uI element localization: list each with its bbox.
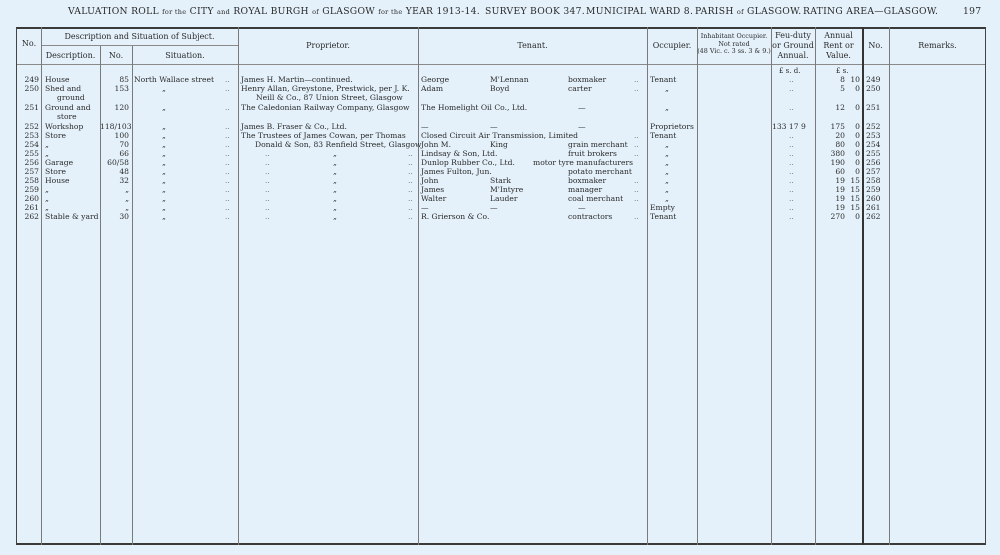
situation: „	[134, 212, 194, 221]
rating-area: RATING AREA—GLASGOW.	[803, 6, 938, 17]
proprietor: James H. Martin—continued.	[241, 75, 353, 84]
tenant-first: John M.	[421, 140, 451, 149]
street-number: 120	[100, 103, 129, 112]
row-number-right: 261	[866, 203, 881, 212]
page-number: 197	[963, 6, 981, 17]
description: House	[45, 176, 69, 185]
occupier: „	[665, 185, 669, 194]
occupier: „	[665, 103, 669, 112]
tenant-dots: ..	[634, 131, 639, 140]
row-number: 260	[17, 194, 39, 203]
proprietor: ..	[265, 194, 270, 203]
situation-dots: ..	[225, 103, 230, 112]
header-situation: Situation.	[132, 51, 238, 61]
header-annual-rent: Annual Rent or Value.	[815, 31, 862, 61]
street-number: 70	[100, 140, 129, 149]
rent-pounds: 12	[815, 103, 845, 112]
tenant-first: The Homelight Oil Co., Ltd.	[421, 103, 527, 112]
situation-dots: ..	[225, 75, 230, 84]
rent-pounds: 19	[815, 203, 845, 212]
col-divider	[418, 27, 419, 545]
occupier: Tenant	[650, 131, 676, 140]
tenant-dots: ..	[634, 140, 639, 149]
rent-shillings: 0	[845, 131, 860, 140]
row-number: 262	[17, 212, 39, 221]
proprietor: ..	[265, 167, 270, 176]
street-number: 66	[100, 149, 129, 158]
header-feu-duty: Feu-duty or Ground Annual.	[771, 31, 815, 61]
situation: „	[134, 122, 194, 131]
proprietor: The Trustees of James Cowan, per Thomas	[241, 131, 406, 140]
row-number-right: 254	[866, 140, 881, 149]
proprietor-continued: „	[333, 176, 337, 185]
header-proprietor: Proprietor.	[238, 41, 418, 51]
tenant-dots: ..	[634, 84, 639, 93]
rent-shillings: 0	[845, 149, 860, 158]
tenant-surname: —	[490, 122, 498, 131]
header-no-2: No.	[862, 41, 889, 51]
tenant-occupation: contractors	[568, 212, 612, 221]
tenant-dots: ..	[634, 194, 639, 203]
description: House	[45, 75, 69, 84]
occupier: Tenant	[650, 75, 676, 84]
title-roll: VALUATION ROLL for the CITY and ROYAL BU…	[68, 6, 480, 17]
feu-dots: ..	[789, 176, 794, 185]
tenant-first: R. Grierson & Co.	[421, 212, 489, 221]
row-number-right: 257	[866, 167, 881, 176]
feu-duty: 133 17 9	[772, 122, 806, 131]
situation-dots: ..	[225, 149, 230, 158]
rent-shillings: 0	[845, 212, 860, 221]
row-number-right: 256	[866, 158, 881, 167]
rent-shillings: 0	[845, 167, 860, 176]
proprietor-continued: „	[333, 149, 337, 158]
rent-pounds: 190	[815, 158, 845, 167]
proprietor: ..	[265, 176, 270, 185]
header-sub-no: No.	[100, 51, 132, 61]
tenant-occupation: —	[578, 122, 586, 131]
description: Store	[45, 131, 66, 140]
subheader-divider	[41, 45, 238, 46]
proprietor: ..	[265, 203, 270, 212]
feu-dots: ..	[789, 149, 794, 158]
occupier: „	[665, 167, 669, 176]
tenant-first: George	[421, 75, 449, 84]
description: „	[45, 140, 49, 149]
occupier: Proprietors	[650, 122, 694, 131]
tenant-surname: Stark	[490, 176, 511, 185]
row-number: 252	[17, 122, 39, 131]
tenant-dots: ..	[634, 185, 639, 194]
feu-dots: ..	[789, 212, 794, 221]
situation: „	[134, 203, 194, 212]
description: Garage	[45, 158, 73, 167]
feu-dots: ..	[789, 103, 794, 112]
tenant-first: Dunlop Rubber Co., Ltd.	[421, 158, 515, 167]
tenant-first: —	[421, 203, 429, 212]
header-tenant: Tenant.	[418, 41, 647, 51]
proprietor: Donald & Son, 83 Renfield Street, Glasgo…	[255, 140, 422, 149]
street-number: 100	[100, 131, 129, 140]
rent-pounds: 270	[815, 212, 845, 221]
tenant-dots: ..	[634, 149, 639, 158]
row-number: 251	[17, 103, 39, 112]
rent-pounds: 19	[815, 176, 845, 185]
rent-shillings: 15	[845, 185, 860, 194]
tenant-first: —	[421, 122, 429, 131]
description-continued: store	[57, 112, 77, 121]
rent-pounds: 5	[815, 84, 845, 93]
rent-shillings: 15	[845, 203, 860, 212]
street-number: „	[100, 185, 129, 194]
situation-dots: ..	[225, 212, 230, 221]
proprietor: James B. Fraser & Co., Ltd.	[241, 122, 347, 131]
proprietor-continued: „	[333, 158, 337, 167]
proprietor-dots: ..	[408, 185, 413, 194]
feu-dots: ..	[789, 75, 794, 84]
proprietor: ..	[265, 149, 270, 158]
rent-pounds: 19	[815, 185, 845, 194]
row-number-right: 249	[866, 75, 881, 84]
tenant-surname: Lauder	[490, 194, 517, 203]
row-number: 258	[17, 176, 39, 185]
occupier: „	[665, 176, 669, 185]
proprietor-continued: „	[333, 212, 337, 221]
situation-dots: ..	[225, 203, 230, 212]
description: „	[45, 203, 49, 212]
municipal-ward: MUNICIPAL WARD 8.	[586, 6, 693, 17]
tenant-surname: King	[490, 140, 508, 149]
rent-pounds: 20	[815, 131, 845, 140]
street-number: „	[100, 203, 129, 212]
row-number: 259	[17, 185, 39, 194]
rent-shillings: 0	[845, 122, 860, 131]
row-number: 257	[17, 167, 39, 176]
rent-pounds: 8	[815, 75, 845, 84]
situation: „	[134, 103, 194, 112]
situation: „	[134, 158, 194, 167]
street-number: 85	[100, 75, 129, 84]
description: Store	[45, 167, 66, 176]
proprietor-continued: „	[333, 167, 337, 176]
proprietor-dots: ..	[408, 212, 413, 221]
rent-shillings: 0	[845, 140, 860, 149]
row-number: 261	[17, 203, 39, 212]
tenant-occupation: boxmaker	[568, 75, 606, 84]
street-number: 48	[100, 167, 129, 176]
tenant-surname: —	[490, 203, 498, 212]
situation-dots: ..	[225, 140, 230, 149]
proprietor: ..	[265, 212, 270, 221]
rent-shillings: 15	[845, 194, 860, 203]
proprietor-continued: „	[333, 185, 337, 194]
feu-dots: ..	[789, 140, 794, 149]
row-number-right: 252	[866, 122, 881, 131]
feu-dots: ..	[789, 194, 794, 203]
occupier: „	[665, 140, 669, 149]
tenant-surname: M'Intyre	[490, 185, 523, 194]
situation: „	[134, 167, 194, 176]
proprietor-continued: „	[333, 203, 337, 212]
street-number: 30	[100, 212, 129, 221]
rent-pounds: 380	[815, 149, 845, 158]
tenant-occupation: potato merchant	[568, 167, 632, 176]
description: Workshop	[45, 122, 83, 131]
street-number: 153	[100, 84, 129, 93]
header-no: No.	[17, 39, 41, 49]
situation-dots: ..	[225, 194, 230, 203]
tenant-occupation: coal merchant	[568, 194, 623, 203]
header-occupier: Occupier.	[647, 41, 697, 51]
situation: „	[134, 131, 194, 140]
tenant-surname: Boyd	[490, 84, 509, 93]
street-number: „	[100, 194, 129, 203]
situation-dots: ..	[225, 122, 230, 131]
col-divider-thick	[862, 27, 864, 545]
row-number-right: 259	[866, 185, 881, 194]
situation: „	[134, 140, 194, 149]
row-number: 254	[17, 140, 39, 149]
situation: „	[134, 149, 194, 158]
row-number-right: 255	[866, 149, 881, 158]
occupier: „	[665, 158, 669, 167]
situation-dots: ..	[225, 131, 230, 140]
situation: „	[134, 185, 194, 194]
occupier: Empty	[650, 203, 675, 212]
tenant-occupation: fruit brokers	[568, 149, 617, 158]
tenant-occupation: motor tyre manufacturers	[533, 158, 633, 167]
row-number-right: 260	[866, 194, 881, 203]
tenant-occupation: —	[578, 103, 586, 112]
row-number-right: 251	[866, 103, 881, 112]
row-number: 250	[17, 84, 39, 93]
occupier: „	[665, 149, 669, 158]
tenant-first: Closed Circuit Air Transmission, Limited	[421, 131, 578, 140]
tenant-first: John	[421, 176, 438, 185]
situation: „	[134, 194, 194, 203]
street-number: 60/58	[100, 158, 129, 167]
proprietor: The Caledonian Railway Company, Glasgow	[241, 103, 410, 112]
tenant-dots: ..	[634, 75, 639, 84]
rent-pounds: 19	[815, 194, 845, 203]
tenant-occupation: manager	[568, 185, 602, 194]
rent-shillings: 15	[845, 176, 860, 185]
situation: North Wallace street	[134, 75, 214, 84]
street-number: 32	[100, 176, 129, 185]
tenant-occupation: boxmaker	[568, 176, 606, 185]
rent-shillings: 0	[845, 158, 860, 167]
proprietor-dots: ..	[408, 149, 413, 158]
description: „	[45, 149, 49, 158]
row-number-right: 250	[866, 84, 881, 93]
col-divider	[889, 27, 890, 545]
tenant-first: James Fulton, Jun.	[421, 167, 492, 176]
description: Shed and	[45, 84, 81, 93]
row-number: 255	[17, 149, 39, 158]
rent-pounds: 80	[815, 140, 845, 149]
tenant-dots: ..	[634, 176, 639, 185]
page-title: VALUATION ROLL for the CITY and ROYAL BU…	[0, 6, 1000, 20]
tenant-first: Lindsay & Son, Ltd.	[421, 149, 497, 158]
proprietor: ..	[265, 158, 270, 167]
col-divider	[238, 27, 239, 545]
tenant-occupation: —	[578, 203, 586, 212]
feu-dots: ..	[789, 167, 794, 176]
header-description: Description.	[41, 51, 100, 61]
proprietor-dots: ..	[408, 158, 413, 167]
situation: „	[134, 84, 194, 93]
proprietor-dots: ..	[408, 194, 413, 203]
rent-shillings: 10	[845, 75, 860, 84]
feu-dots: ..	[789, 84, 794, 93]
description: Stable & yard	[45, 212, 98, 221]
feu-dots: ..	[789, 185, 794, 194]
tenant-occupation: grain merchant	[568, 140, 628, 149]
rent-shillings: 0	[845, 103, 860, 112]
col-divider	[100, 46, 101, 545]
tenant-surname: M'Lennan	[490, 75, 529, 84]
row-number: 256	[17, 158, 39, 167]
tenant-dots: ..	[634, 212, 639, 221]
parish: PARISH of GLASGOW.	[695, 6, 801, 17]
situation-dots: ..	[225, 167, 230, 176]
situation-dots: ..	[225, 176, 230, 185]
occupier: Tenant	[650, 212, 676, 221]
situation: „	[134, 176, 194, 185]
rent-shillings: 0	[845, 84, 860, 93]
header-remarks: Remarks.	[889, 41, 986, 51]
description-continued: ground	[57, 93, 85, 102]
survey-book: SURVEY BOOK 347.	[485, 6, 585, 17]
situation-dots: ..	[225, 158, 230, 167]
situation-dots: ..	[225, 185, 230, 194]
header-inhabitant-occupier: Inhabitant Occupier. Not rated (48 Vic. …	[697, 33, 771, 56]
rent-pounds: 60	[815, 167, 845, 176]
proprietor: ..	[265, 185, 270, 194]
proprietor-dots: ..	[408, 176, 413, 185]
rent-pounds: 175	[815, 122, 845, 131]
feu-dots: ..	[789, 203, 794, 212]
tenant-occupation: carter	[568, 84, 592, 93]
occupier: „	[665, 194, 669, 203]
col-divider	[41, 27, 42, 545]
row-number-right: 258	[866, 176, 881, 185]
col-divider	[697, 27, 698, 545]
situation-dots: ..	[225, 84, 230, 93]
col-divider	[647, 27, 648, 545]
proprietor-continued: Neill & Co., 87 Union Street, Glasgow	[256, 93, 403, 102]
feu-dots: ..	[789, 158, 794, 167]
col-divider	[771, 27, 772, 545]
description: Ground and	[45, 103, 91, 112]
proprietor-continued: „	[333, 194, 337, 203]
row-number-right: 253	[866, 131, 881, 140]
street-number: 118/103	[100, 122, 129, 131]
row-number-right: 262	[866, 212, 881, 221]
description: „	[45, 185, 49, 194]
tenant-first: Adam	[421, 84, 443, 93]
row-number: 253	[17, 131, 39, 140]
proprietor-dots: ..	[408, 203, 413, 212]
row-number: 249	[17, 75, 39, 84]
description: „	[45, 194, 49, 203]
occupier: „	[665, 84, 669, 93]
tenant-first: James	[421, 185, 444, 194]
tenant-first: Walter	[421, 194, 446, 203]
col-divider	[132, 46, 133, 545]
feu-dots: ..	[789, 131, 794, 140]
proprietor-dots: ..	[408, 167, 413, 176]
header-bottom-divider	[17, 64, 985, 65]
header-description-group: Description and Situation of Subject.	[41, 32, 238, 42]
proprietor: Henry Allan, Greystone, Prestwick, per J…	[241, 84, 410, 93]
